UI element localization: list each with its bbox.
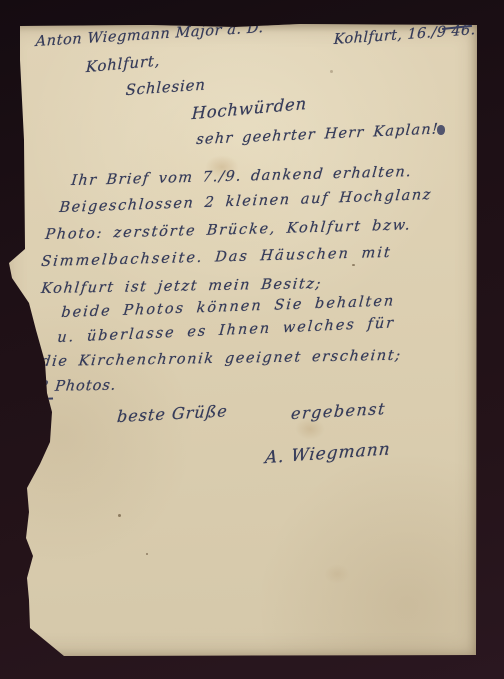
signature-line: A. Wiegmann	[264, 439, 391, 468]
closing-right: ergebenst	[290, 399, 387, 423]
letter-page: Anton Wiegmann Major a. D. Kohlfurt, 16.…	[4, 24, 478, 656]
scan-background: Anton Wiegmann Major a. D. Kohlfurt, 16.…	[0, 0, 504, 679]
body-line: Beigeschlossen 2 kleinen auf Hochglanz	[59, 187, 433, 216]
paper-stain	[324, 564, 350, 584]
address-line-2: Schlesien	[125, 75, 206, 99]
address-line-1: Kohlfurt,	[86, 51, 161, 76]
body-line: u. überlasse es Ihnen welches für	[57, 315, 396, 346]
closing-left: beste Grüße	[116, 401, 228, 426]
paper-speck	[118, 514, 121, 517]
paper-speck	[330, 70, 333, 73]
body-line: Simmelbachseite. Das Häuschen mit	[40, 245, 392, 270]
sender-line: Anton Wiegmann Major a. D.	[35, 20, 264, 50]
salutation-line-2: sehr geehrter Herr Kaplan!	[196, 121, 440, 148]
ink-blot	[437, 125, 445, 135]
salutation-line-1: Hochwürden	[191, 94, 307, 123]
paper-speck	[146, 553, 148, 555]
body-line: die Kirchenchronik geeignet erscheint;	[40, 348, 402, 370]
body-line: Photo: zerstörte Brücke, Kohlfurt bzw.	[44, 217, 412, 243]
underline-mark	[39, 398, 53, 400]
paper-speck	[352, 264, 355, 266]
body-line: Ihr Brief vom 7./9. dankend erhalten.	[70, 164, 412, 189]
body-line: 2 Photos.	[38, 378, 117, 395]
body-line: Kohlfurt ist jetzt mein Besitz;	[40, 276, 323, 297]
